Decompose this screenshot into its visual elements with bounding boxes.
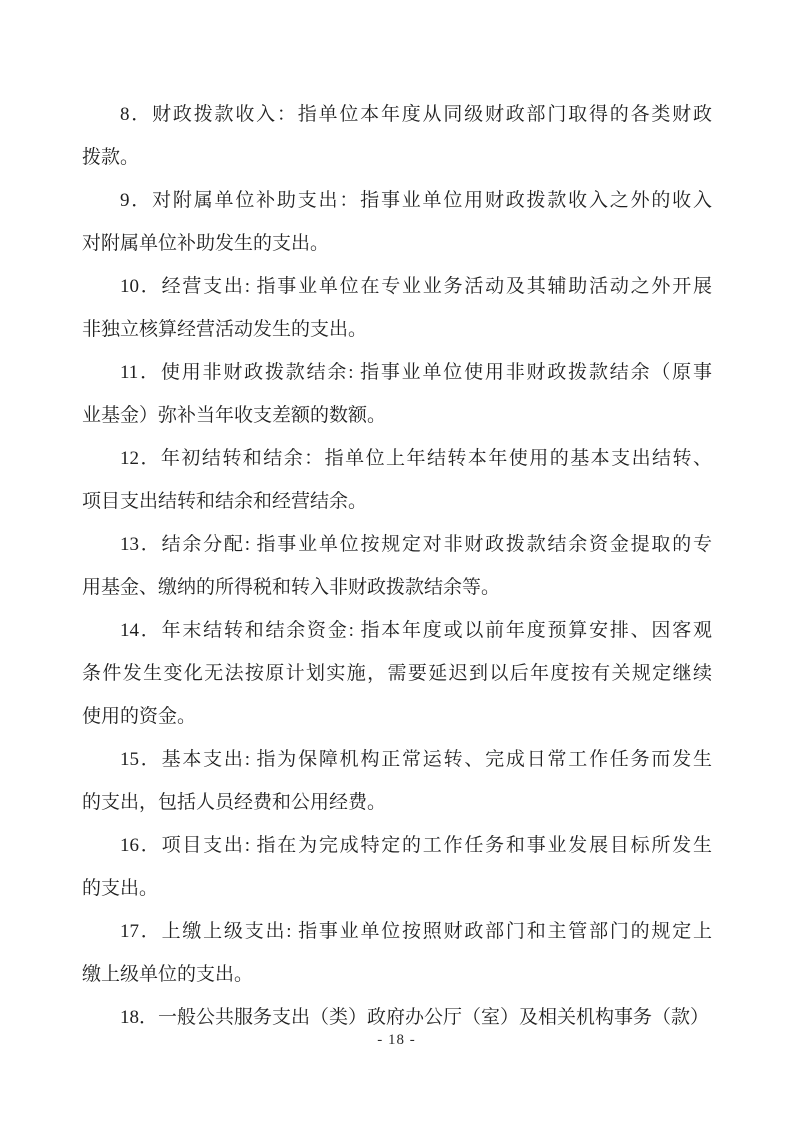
document-page: 8．财政拨款收入：指单位本年度从同级财政部门取得的各类财政 拨款。 9．对附属单… [0,0,793,1122]
text-line: 业基金）弥补当年收支差额的数额。 [82,394,712,437]
text-line: 17．上缴上级支出: 指事业单位按照财政部门和主管部门的规定上 [82,910,712,953]
text-line: 13．结余分配: 指事业单位按规定对非财政拨款结余资金提取的专 [82,523,712,566]
text-line: 非独立核算经营活动发生的支出。 [82,308,712,351]
text-line: 缴上级单位的支出。 [82,953,712,996]
text-line: 8．财政拨款收入：指单位本年度从同级财政部门取得的各类财政 [82,93,712,136]
text-line: 12．年初结转和结余：指单位上年结转本年使用的基本支出结转、 [82,437,712,480]
text-line: 项目支出结转和结余和经营结余。 [82,480,712,523]
text-line: 拨款。 [82,136,712,179]
text-line: 16．项目支出: 指在为完成特定的工作任务和事业发展目标所发生 [82,824,712,867]
text-line: 9．对附属单位补助支出：指事业单位用财政拨款收入之外的收入 [82,179,712,222]
text-line: 对附属单位补助发生的支出。 [82,222,712,265]
definition-item-11: 11．使用非财政拨款结余: 指事业单位使用非财政拨款结余（原事 业基金）弥补当年… [82,351,712,437]
definition-item-16: 16．项目支出: 指在为完成特定的工作任务和事业发展目标所发生 的支出。 [82,824,712,910]
text-line: 用基金、缴纳的所得税和转入非财政拨款结余等。 [82,566,712,609]
definition-item-9: 9．对附属单位补助支出：指事业单位用财政拨款收入之外的收入 对附属单位补助发生的… [82,179,712,265]
text-line: 的支出。 [82,867,712,910]
definition-item-17: 17．上缴上级支出: 指事业单位按照财政部门和主管部门的规定上 缴上级单位的支出… [82,910,712,996]
definition-item-13: 13．结余分配: 指事业单位按规定对非财政拨款结余资金提取的专 用基金、缴纳的所… [82,523,712,609]
definition-item-10: 10．经营支出: 指事业单位在专业业务活动及其辅助活动之外开展 非独立核算经营活… [82,265,712,351]
text-line: 11．使用非财政拨款结余: 指事业单位使用非财政拨款结余（原事 [82,351,712,394]
text-line: 的支出，包括人员经费和公用经费。 [82,781,712,824]
page-number: - 18 - [0,1032,793,1049]
text-line: 使用的资金。 [82,695,712,738]
text-line: 15．基本支出: 指为保障机构正常运转、完成日常工作任务而发生 [82,738,712,781]
definition-item-14: 14．年末结转和结余资金: 指本年度或以前年度预算安排、因客观 条件发生变化无法… [82,609,712,738]
text-line: 14．年末结转和结余资金: 指本年度或以前年度预算安排、因客观 [82,609,712,652]
definition-item-8: 8．财政拨款收入：指单位本年度从同级财政部门取得的各类财政 拨款。 [82,93,712,179]
definitions-list: 8．财政拨款收入：指单位本年度从同级财政部门取得的各类财政 拨款。 9．对附属单… [82,93,712,1039]
text-line: 10．经营支出: 指事业单位在专业业务活动及其辅助活动之外开展 [82,265,712,308]
definition-item-12: 12．年初结转和结余：指单位上年结转本年使用的基本支出结转、 项目支出结转和结余… [82,437,712,523]
text-line: 条件发生变化无法按原计划实施，需要延迟到以后年度按有关规定继续 [82,652,712,695]
definition-item-15: 15．基本支出: 指为保障机构正常运转、完成日常工作任务而发生 的支出，包括人员… [82,738,712,824]
